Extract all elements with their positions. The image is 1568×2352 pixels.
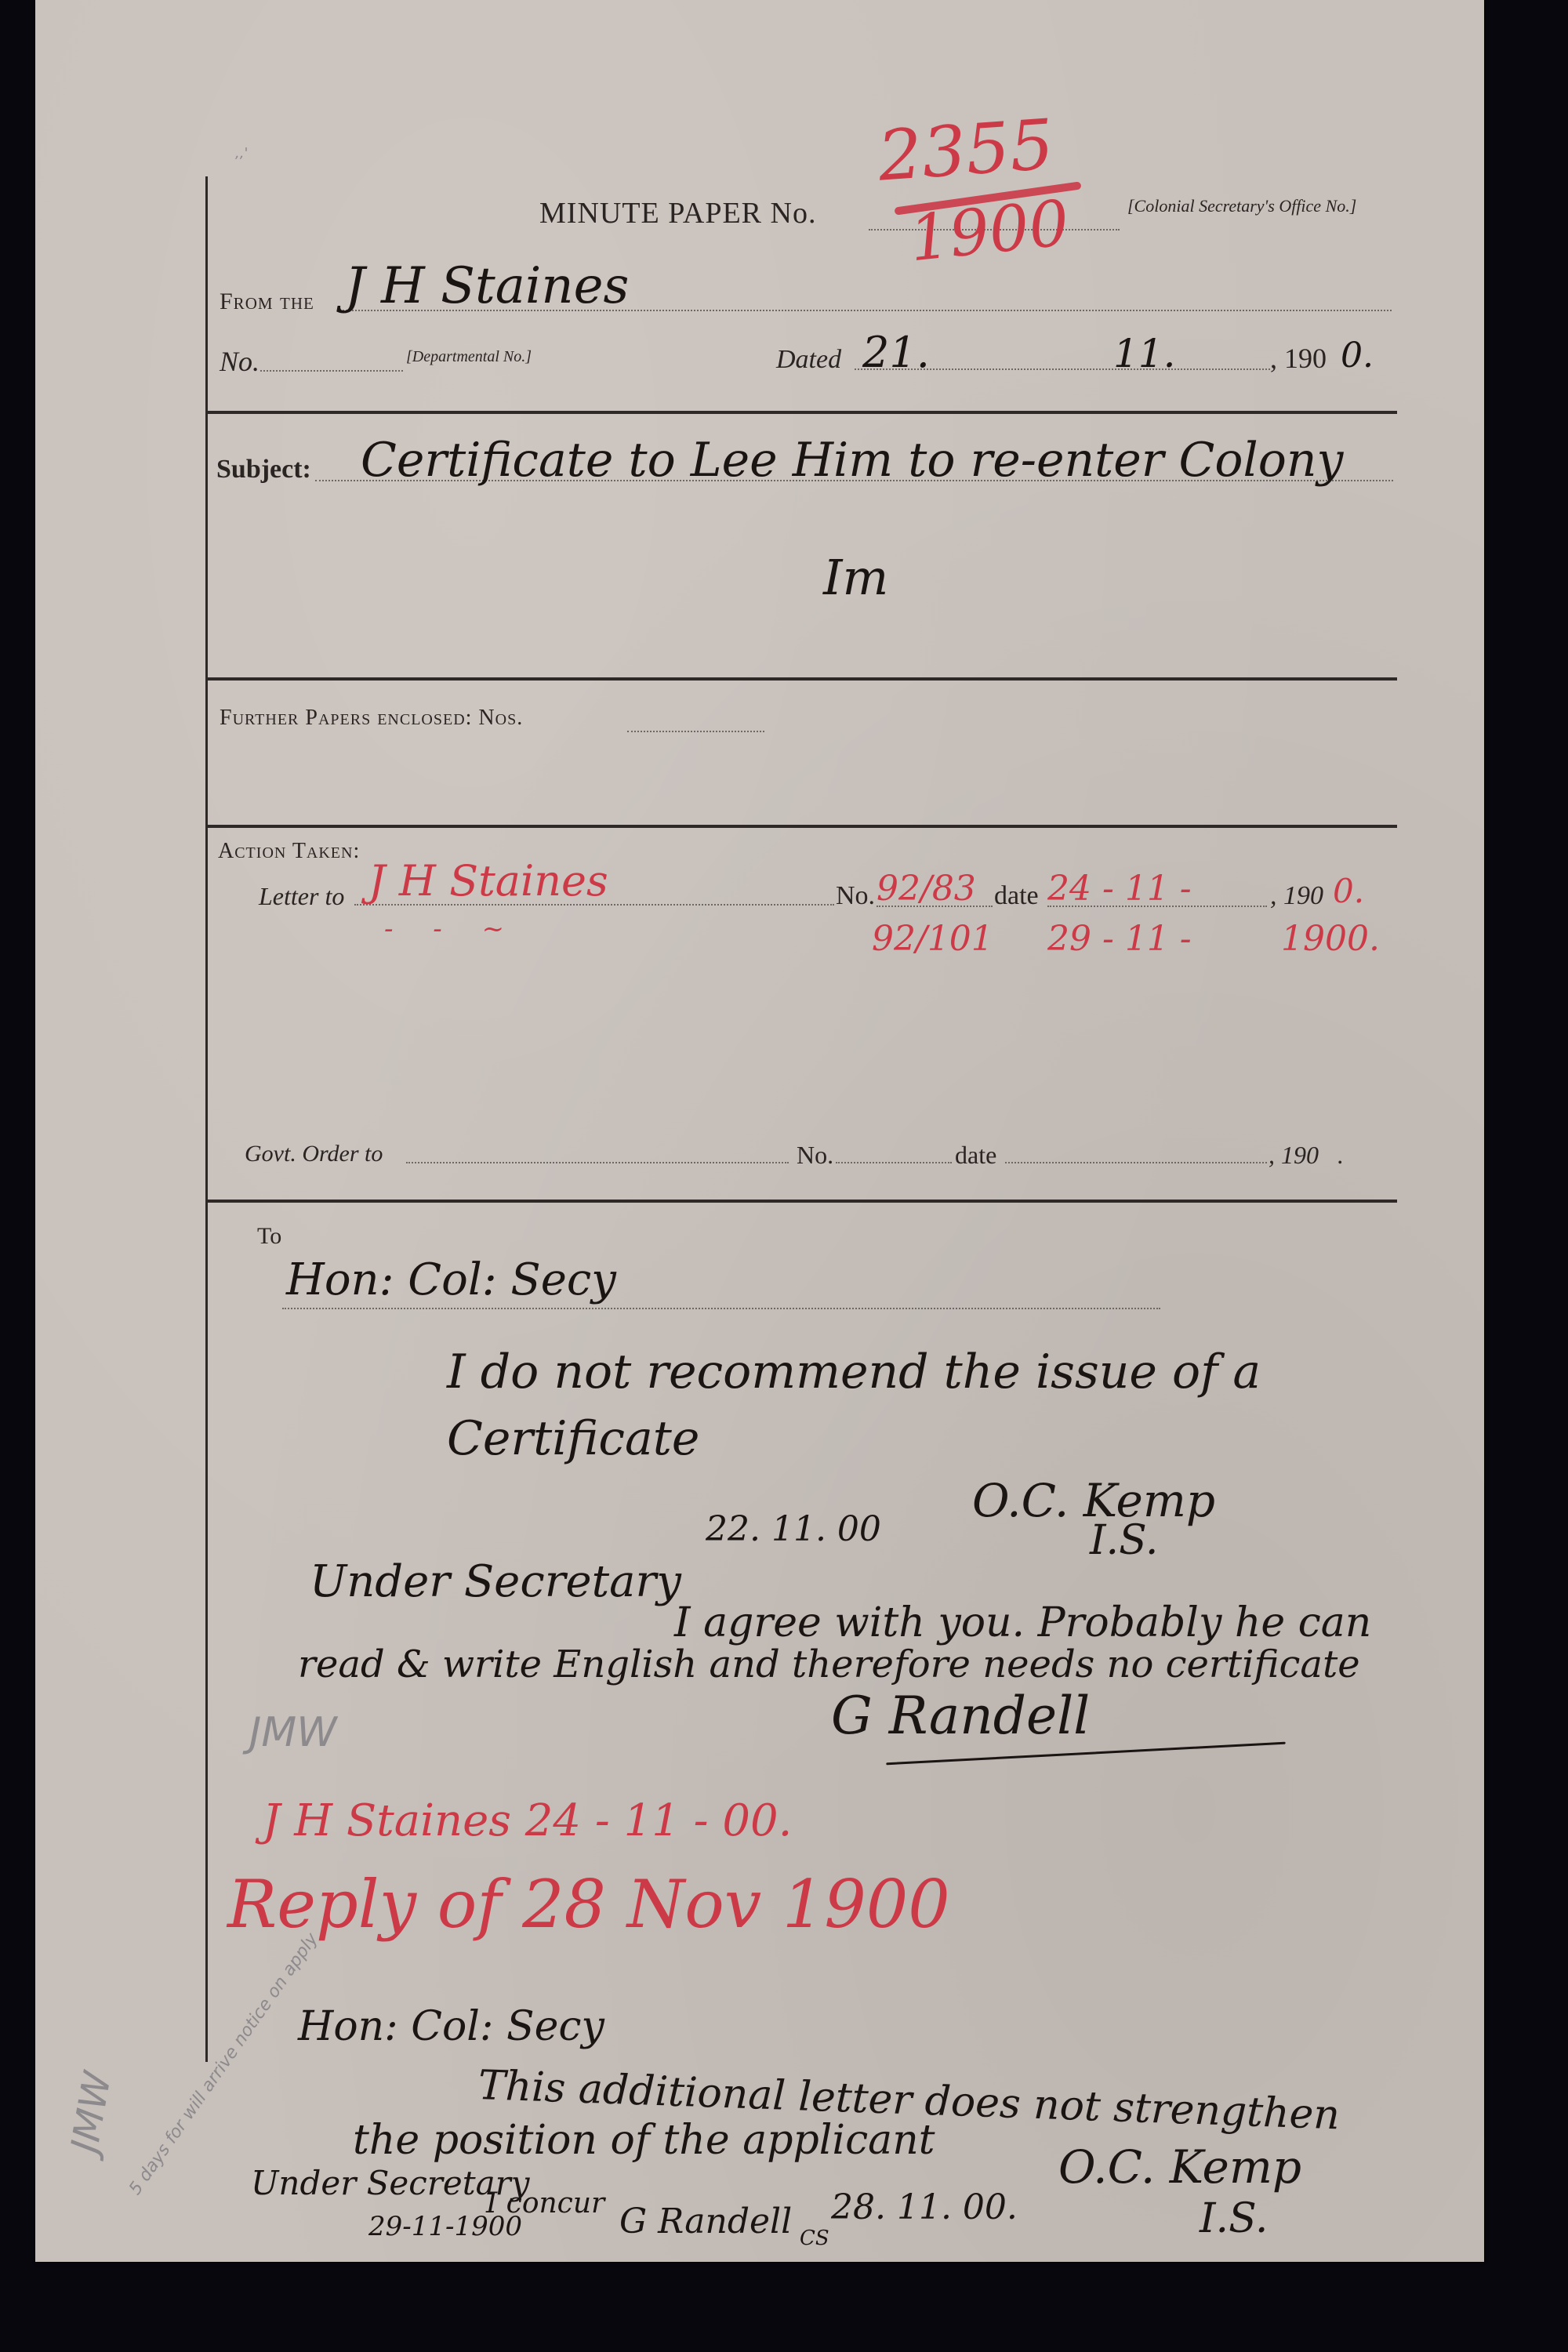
office-note: [Colonial Secretary's Office No.]: [1127, 196, 1356, 216]
margin-mark: ‚‚': [235, 145, 248, 162]
action-entry-1-no: 92/83: [877, 869, 976, 909]
minute-1-initials: I.S.: [1090, 1517, 1158, 1564]
action-year-prefix: , 190: [1270, 881, 1323, 911]
govt-order-dotline: [406, 1162, 789, 1163]
minute-2-line-2: read & write English and therefore needs…: [298, 1642, 1360, 1686]
page-title: MINUTE PAPER No.: [539, 196, 816, 230]
action-entry-1-date: 24 - 11 -: [1047, 869, 1192, 909]
action-entry-1-year: 0.: [1333, 872, 1364, 910]
red-reply-note: Reply of 28 Nov 1900: [227, 1866, 950, 1943]
dept-no-label: No.: [220, 345, 260, 378]
minute-3-address: Hon: Col: Secy: [298, 2003, 604, 2050]
margin-rule: [205, 176, 208, 2062]
dept-no-note: [Departmental No.]: [406, 348, 532, 366]
from-label: From the: [220, 289, 314, 315]
govt-date-label: date: [955, 1141, 996, 1170]
minute-3-date: 28. 11. 00.: [831, 2187, 1018, 2227]
minute-1-line-1: I do not recommend the issue of a: [447, 1345, 1261, 1399]
dated-year-suffix: 0.: [1341, 336, 1374, 376]
section-rule-3: [205, 825, 1397, 828]
minute-2-signature: G Randell: [831, 1686, 1090, 1746]
govt-year: , 190 .: [1269, 1141, 1344, 1170]
minute-3-initials: I.S.: [1200, 2195, 1268, 2242]
section-rule-1: [205, 411, 1397, 414]
dated-day: 21.: [862, 328, 930, 377]
govt-date-dotline: [1005, 1162, 1267, 1163]
pencil-initials: JMW: [249, 1709, 337, 1756]
govt-order-label: Govt. Order to: [245, 1141, 383, 1167]
dated-label: Dated: [776, 345, 841, 375]
letter-to-label: Letter to: [259, 882, 344, 911]
concur-signature: G Randell: [619, 2201, 792, 2241]
dated-year-prefix: , 190: [1270, 342, 1327, 375]
minute-3-line-2: the position of the applicant: [353, 2117, 935, 2164]
action-date-label: date: [994, 881, 1039, 911]
concur-date: 29-11-1900: [368, 2211, 522, 2242]
section-rule-2: [205, 677, 1397, 681]
minute-1-address: Hon: Col: Secy: [286, 1254, 616, 1305]
from-value: J H Staines: [345, 257, 629, 315]
action-taken-label: Action Taken:: [218, 839, 360, 864]
minute-1-line-2: Certificate: [447, 1411, 699, 1466]
govt-no-dotline: [836, 1162, 952, 1163]
action-entry-2-date: 29 - 11 -: [1047, 919, 1192, 959]
subject-line-2: Im: [823, 549, 888, 606]
further-papers-label: Further Papers enclosed: Nos.: [220, 706, 523, 731]
subject-label: Subject:: [216, 455, 311, 485]
letter-to-ditto: - - ~: [384, 913, 520, 945]
subject-line-1: Certificate to Lee Him to re-enter Colon…: [361, 433, 1343, 488]
action-no-dotline: [877, 906, 993, 907]
action-date-dotline: [1047, 906, 1267, 907]
red-note: J H Staines 24 - 11 - 00.: [263, 1795, 792, 1846]
govt-no-label: No.: [797, 1141, 833, 1170]
to-dotline: [282, 1308, 1160, 1309]
section-rule-4: [205, 1200, 1397, 1203]
action-entry-2-no: 92/101: [872, 919, 993, 959]
minute-2-line-1: I agree with you. Probably he can: [674, 1599, 1371, 1646]
action-entry-2-year: 1900.: [1281, 919, 1380, 959]
letter-to-value: J H Staines: [368, 856, 608, 906]
further-papers-dotline: [627, 731, 764, 732]
minute-2-address: Under Secretary: [310, 1556, 681, 1607]
dated-month: 11.: [1113, 331, 1176, 376]
to-label: To: [257, 1223, 281, 1250]
minute-3-signature: O.C. Kemp: [1058, 2140, 1301, 2194]
concur-suffix: CS: [800, 2227, 829, 2250]
minute-1-date: 22. 11. 00: [706, 1509, 881, 1549]
paper-number: 2355: [876, 103, 1057, 196]
action-no-label: No.: [836, 881, 875, 911]
dept-no-dotline: [260, 370, 403, 372]
